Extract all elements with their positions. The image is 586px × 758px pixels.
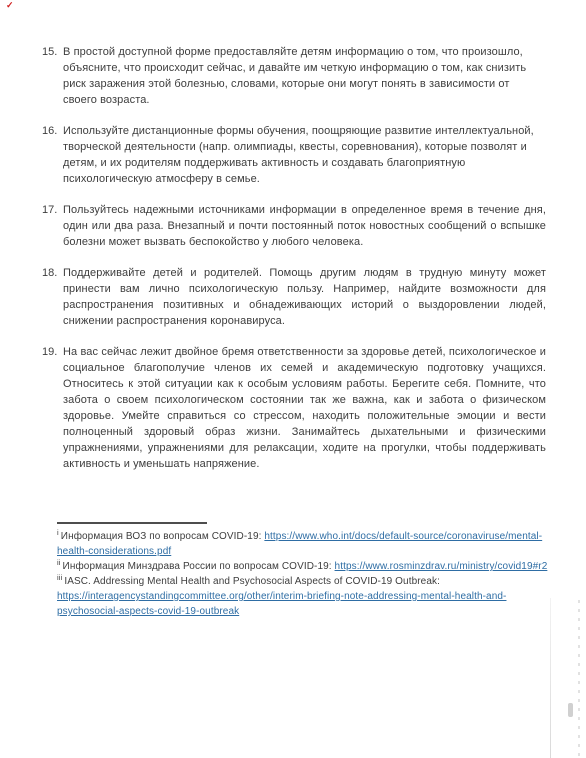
footnote-marker: i [57,528,59,537]
scan-artifact-line [550,598,551,758]
list-item-text: В простой доступной форме предоставляйте… [63,44,546,108]
footnote-link-rosminzdrav[interactable]: https://www.rosminzdrav.ru/ministry/covi… [335,561,548,572]
list-item-number: 18. [42,265,57,281]
list-item-text: Пользуйтесь надежными источниками информ… [63,202,546,250]
scan-artifact-blob [568,703,573,717]
footnote-label: Информация Минздрава России по вопросам … [63,561,335,572]
footnote-link-iasc[interactable]: https://interagencystandingcommittee.org… [57,589,550,619]
footnote-label: Информация ВОЗ по вопросам COVID-19: [61,531,265,542]
list-item-18: 18. Поддерживайте детей и родителей. Пом… [0,265,546,329]
footnote-marker: ii [57,558,61,567]
footnote-marker: iii [57,573,62,582]
document-body: 15. В простой доступной форме предоставл… [0,44,550,619]
list-item-text: Используйте дистанционные формы обучения… [63,123,546,187]
footnote-i: iИнформация ВОЗ по вопросам COVID-19: ht… [57,529,550,559]
list-item-19: 19. На вас сейчас лежит двойное бремя от… [0,344,546,472]
footnote-iii: iiiIASC. Addressing Mental Health and Ps… [57,574,550,619]
footnote-ii: iiИнформация Минздрава России по вопроса… [57,559,550,574]
list-item-text: Поддерживайте детей и родителей. Помощь … [63,265,546,329]
list-item-15: 15. В простой доступной форме предоставл… [0,44,546,108]
list-item-number: 15. [42,44,57,60]
scan-artifact-specks [578,600,580,758]
list-item-16: 16. Используйте дистанционные формы обуч… [0,123,546,187]
footnotes-section: iИнформация ВОЗ по вопросам COVID-19: ht… [57,522,550,619]
list-item-text: На вас сейчас лежит двойное бремя ответс… [63,344,546,472]
footnote-label: IASC. Addressing Mental Health and Psych… [64,576,440,587]
list-item-17: 17. Пользуйтесь надежными источниками ин… [0,202,546,250]
list-item-number: 19. [42,344,57,360]
footnote-separator [57,522,207,524]
list-item-number: 16. [42,123,57,139]
red-artifact-mark: ✓ [6,1,14,10]
list-item-number: 17. [42,202,57,218]
document-page: ✓ 15. В простой доступной форме предоста… [0,0,586,758]
